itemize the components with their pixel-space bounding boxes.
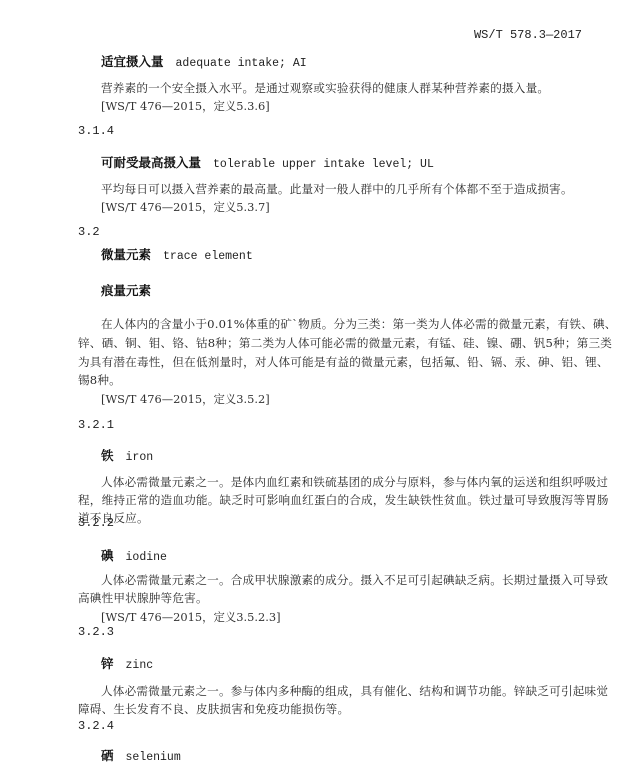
term-zh: 适宜摄入量 xyxy=(101,54,164,69)
term-en: selenium xyxy=(126,751,181,764)
term-zh: 硒 xyxy=(101,748,114,763)
section-number: 3.2.3 xyxy=(78,625,114,639)
term-en: tolerable upper intake level; UL xyxy=(213,158,434,171)
term-zh: 微量元素 xyxy=(101,247,151,262)
term-heading-zinc: 锌zinc xyxy=(101,654,153,672)
term-en: zinc xyxy=(126,659,154,672)
alt-term-zh: 痕量元素 xyxy=(101,283,151,298)
term-heading-iodine: 碘iodine xyxy=(101,546,167,564)
term-heading-iron: 铁iron xyxy=(101,446,153,464)
term-heading-selenium: 硒selenium xyxy=(101,746,181,764)
reference: [WS/T 476—2015，定义5.3.6] xyxy=(101,98,270,114)
term-zh: 锌 xyxy=(101,656,114,671)
section-number: 3.2.1 xyxy=(78,418,114,432)
definition-line: 人体必需微量元素之一。合成甲状腺激素的成分。摄入不足可引起碘缺乏病。长期过量摄入… xyxy=(101,572,608,588)
term-heading-ul: 可耐受最高摄入量tolerable upper intake level; UL xyxy=(101,153,434,171)
term-en: iodine xyxy=(126,551,167,564)
definition-line: 程，维持正常的造血功能。缺乏时可影响血红蛋白的合成，发生缺铁性贫血。铁过量可导致… xyxy=(78,492,609,508)
section-number: 3.2.4 xyxy=(78,719,114,733)
reference: [WS/T 476—2015，定义3.5.2] xyxy=(101,391,270,407)
definition-line: 营养素的一个安全摄入水平。是通过观察或实验获得的健康人群某种营养素的摄入量。 xyxy=(101,80,549,96)
section-number: 3.2 xyxy=(78,225,100,239)
term-en: trace element xyxy=(163,250,253,263)
document-page: WS/T 578.3—2017 适宜摄入量adequate intake; AI… xyxy=(0,0,640,784)
term-zh: 碘 xyxy=(101,548,114,563)
definition-line: 锡8种。 xyxy=(78,372,121,388)
section-number: 3.2.2 xyxy=(78,516,114,530)
definition-line: 障碍、生长发育不良、皮肤损害和免疫功能损伤等。 xyxy=(78,701,349,717)
term-en: iron xyxy=(126,451,154,464)
definition-line: 为具有潜在毒性，但在低剂量时，对人体可能是有益的微量元素，包括氟、铅、镉、汞、砷… xyxy=(78,354,609,370)
section-number: 3.1.4 xyxy=(78,124,114,138)
definition-line: 平均每日可以摄入营养素的最高量。此量对一般人群中的几乎所有个体都不至于造成损害。 xyxy=(101,181,573,197)
definition-line: 高碘性甲状腺肿等危害。 xyxy=(78,590,208,606)
term-zh: 铁 xyxy=(101,448,114,463)
term-zh: 可耐受最高摄入量 xyxy=(101,155,201,170)
term-heading-adequate-intake: 适宜摄入量adequate intake; AI xyxy=(101,52,307,70)
reference: [WS/T 476—2015，定义3.5.2.3] xyxy=(101,609,281,625)
definition-line: 在人体内的含量小于0.01%体重的矿`物质。分为三类：第一类为人体必需的微量元素… xyxy=(101,316,617,332)
term-en: adequate intake; AI xyxy=(176,57,307,70)
definition-line: 人体必需微量元素之一。参与体内多种酶的组成，具有催化、结构和调节功能。锌缺乏可引… xyxy=(101,683,608,699)
definition-line: 人体必需微量元素之一。是体内血红素和铁硫基团的成分与原料，参与体内氧的运送和组织… xyxy=(101,474,608,490)
term-heading-trace-element: 微量元素trace element xyxy=(101,245,253,263)
alt-term-heading: 痕量元素 xyxy=(101,281,151,299)
reference: [WS/T 476—2015，定义5.3.7] xyxy=(101,199,270,215)
standard-id-header: WS/T 578.3—2017 xyxy=(474,28,582,42)
definition-line: 锌、硒、铜、钼、铬、钴8种；第二类为人体可能必需的微量元素，有锰、硅、镍、硼、钒… xyxy=(78,335,612,351)
